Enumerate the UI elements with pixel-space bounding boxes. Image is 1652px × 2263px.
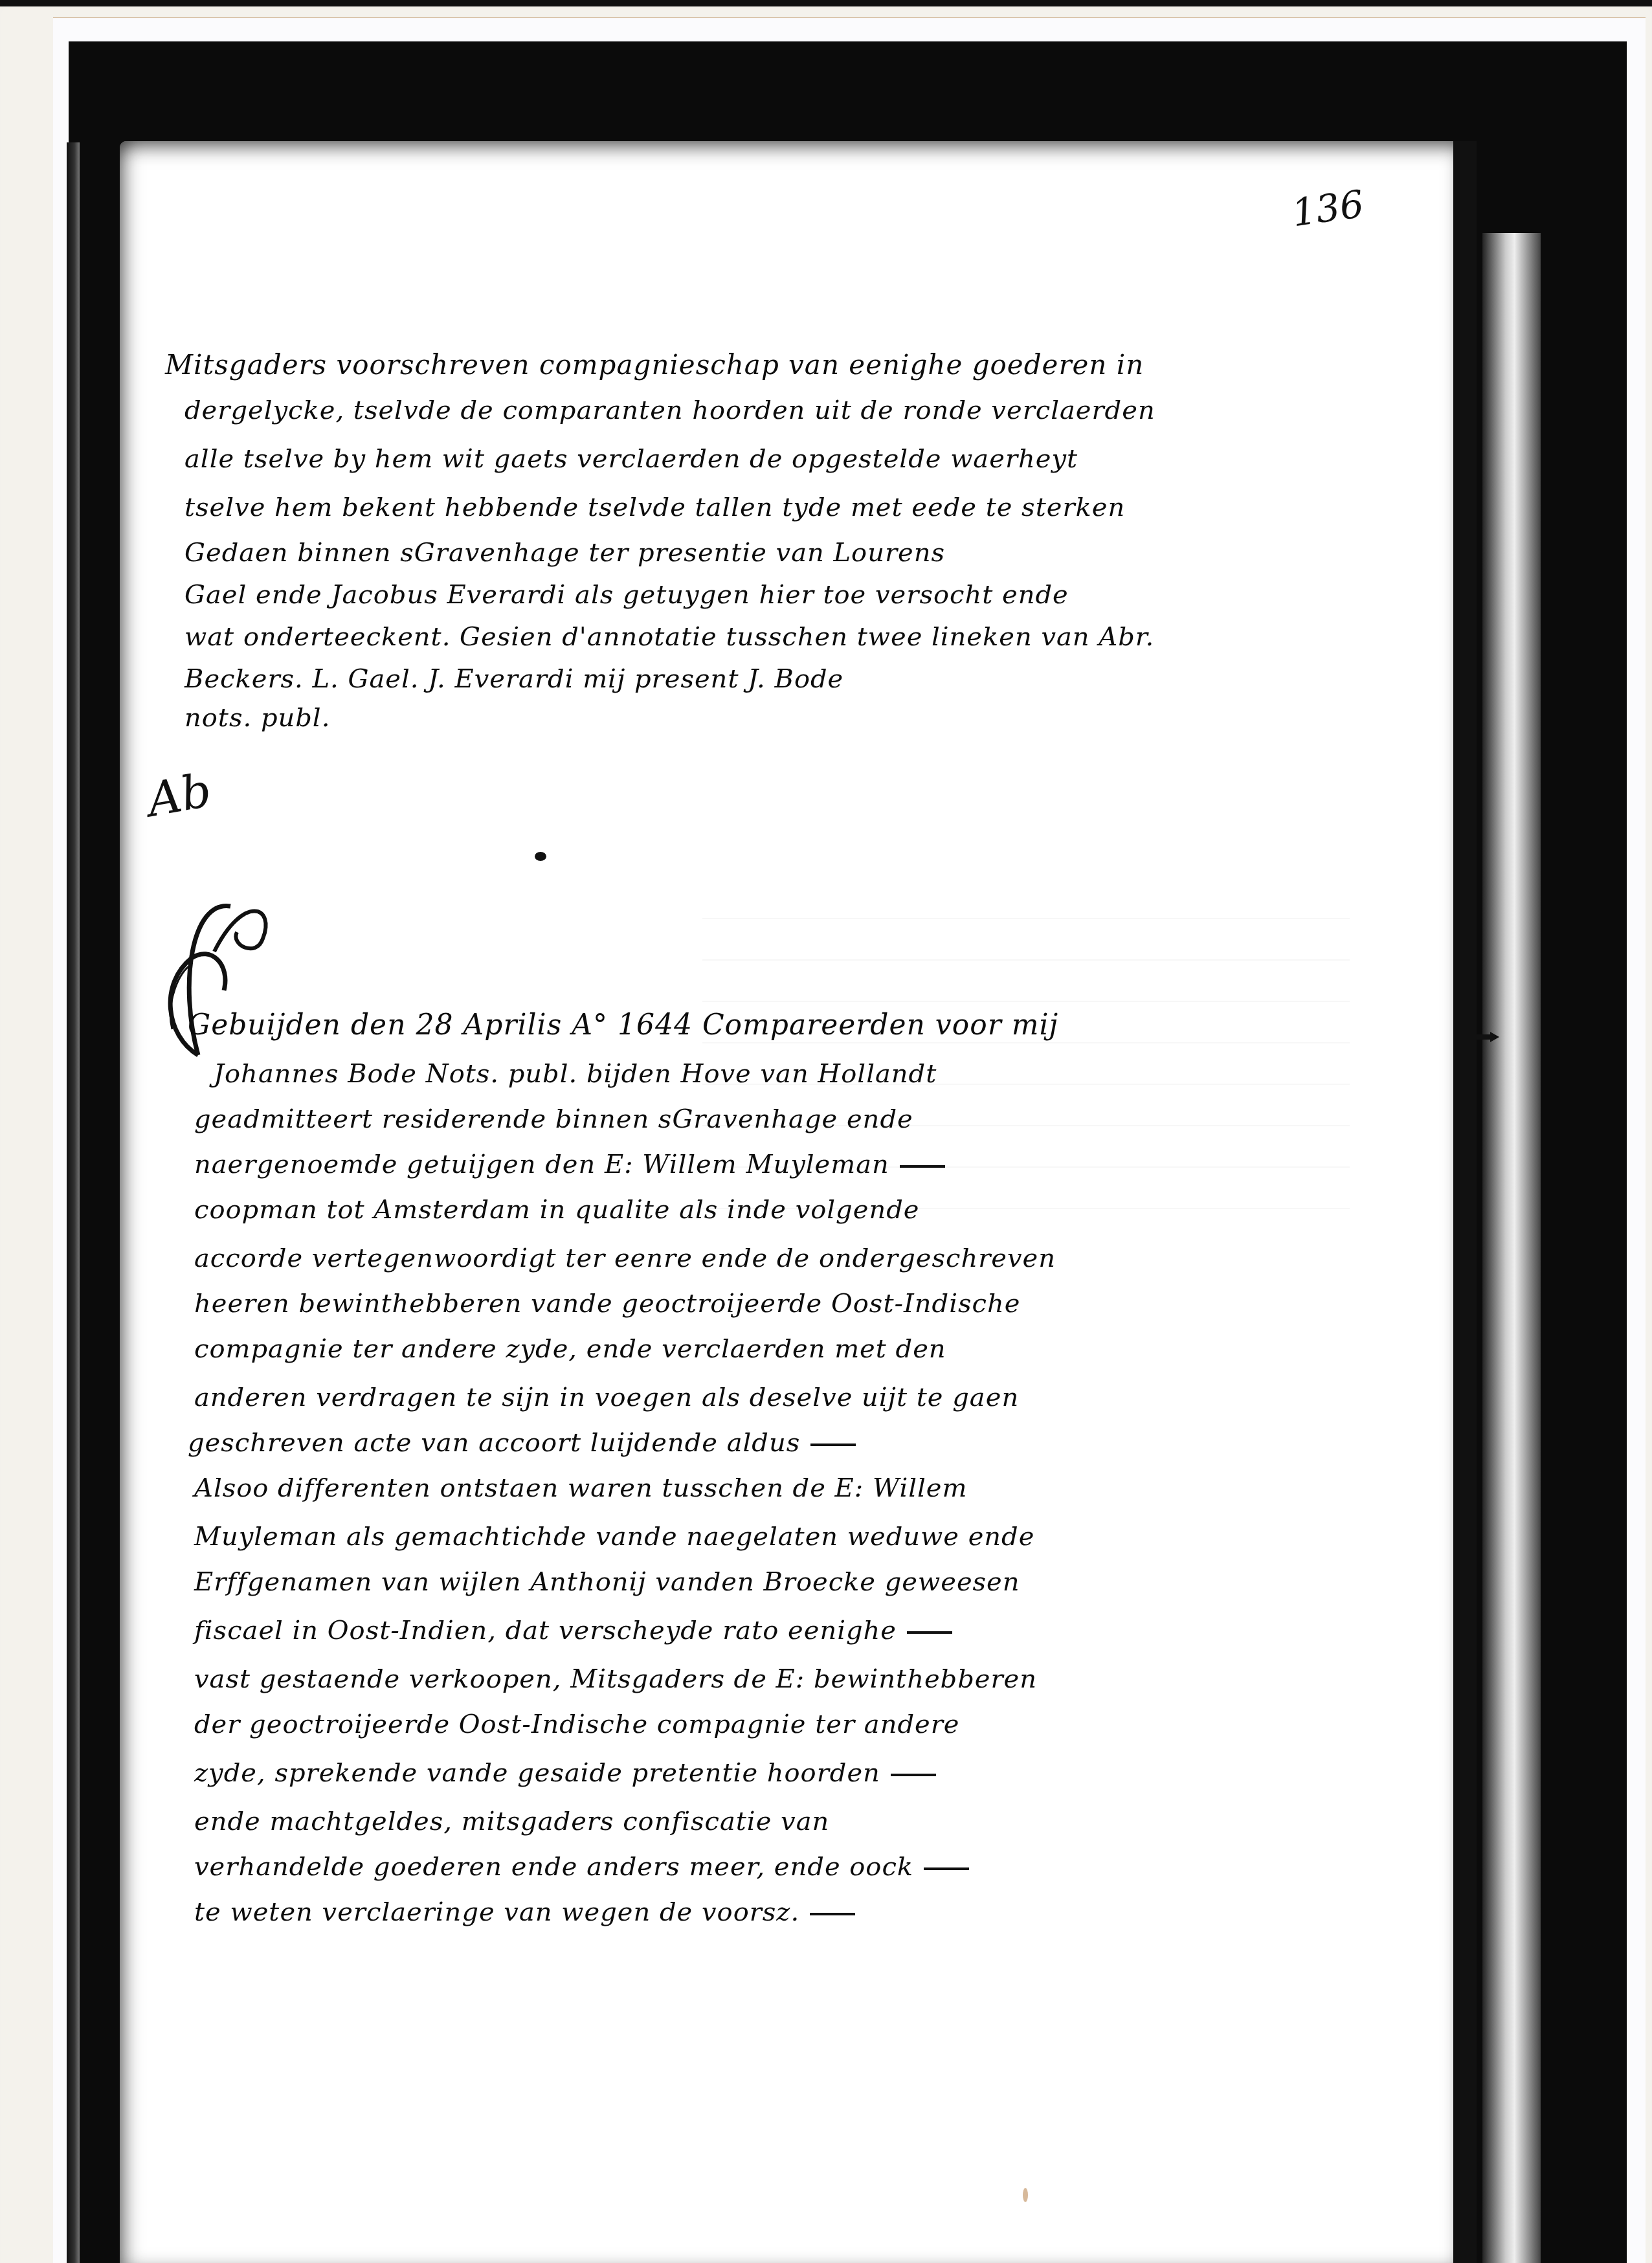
margin-arrow-icon: [1460, 1034, 1491, 1040]
page-left-shadow: [67, 142, 80, 2263]
text-line: wat onderteeckent. Gesien d'annotatie tu…: [184, 621, 1154, 652]
text-line: Gael ende Jacobus Everardi als getuygen …: [184, 579, 1069, 610]
text-line: Alsoo differenten ontstaen waren tussche…: [194, 1473, 967, 1504]
text-line: Gedaen binnen sGravenhage ter presentie …: [184, 537, 945, 568]
paper-stain: [1023, 2188, 1028, 2202]
text-line: Johannes Bode Nots. publ. bijden Hove va…: [214, 1058, 937, 1089]
text-line: accorde vertegenwoordigt ter eenre ende …: [194, 1243, 1056, 1274]
text-line: zyde, sprekende vande gesaide pretentie …: [194, 1757, 936, 1789]
text-line: der geoctroijeerde Oost-Indische compagn…: [194, 1709, 960, 1740]
text-line: anderen verdragen te sijn in voegen als …: [194, 1382, 1019, 1413]
text-line: vast gestaende verkoopen, Mitsgaders de …: [194, 1664, 1037, 1695]
text-line: dergelycke, tselvde de comparanten hoord…: [184, 395, 1155, 426]
signature-line: nots. publ.: [184, 702, 330, 733]
text-line: fiscael in Oost-Indien, dat verscheyde r…: [194, 1615, 952, 1646]
text-line: Gebuijden den 28 Aprilis A° 1644 Compare…: [188, 1010, 1058, 1041]
text-line: geadmitteert residerende binnen sGravenh…: [194, 1104, 913, 1135]
margin-annotation: Ab: [143, 763, 215, 827]
text-line: Mitsgaders voorschreven compagnieschap v…: [165, 350, 1144, 381]
text-line: Muyleman als gemachtichde vande naegelat…: [194, 1521, 1034, 1552]
text-line: coopman tot Amsterdam in qualite als ind…: [194, 1194, 919, 1225]
flourished-initial-icon: [153, 893, 399, 1081]
text-line: te weten verclaeringe van wegen de voors…: [194, 1897, 855, 1928]
ink-blot: [535, 852, 546, 861]
text-line: geschreven acte van accoort luijdende al…: [188, 1427, 856, 1458]
text-line: alle tselve by hem wit gaets verclaerden…: [184, 443, 1078, 474]
text-line: compagnie ter andere zyde, ende verclaer…: [194, 1333, 946, 1365]
text-line: heeren bewinthebberen vande geoctroijeer…: [194, 1288, 1020, 1319]
text-line: ende machtgeldes, mitsgaders confiscatie…: [194, 1806, 829, 1837]
text-line: verhandelde goederen ende anders meer, e…: [194, 1851, 969, 1882]
text-line: tselve hem bekent hebbende tselvde talle…: [184, 492, 1125, 523]
scanner-edge: [0, 0, 1652, 6]
page-right-shadow: [1453, 141, 1477, 2263]
text-line: Erffgenamen van wijlen Anthonij vanden B…: [194, 1566, 1020, 1598]
page-fold-strip: [1482, 233, 1541, 2263]
text-line: naergenoemde getuijgen den E: Willem Muy…: [194, 1149, 945, 1180]
signature-line: Beckers. L. Gael. J. Everardi mij presen…: [184, 663, 843, 695]
